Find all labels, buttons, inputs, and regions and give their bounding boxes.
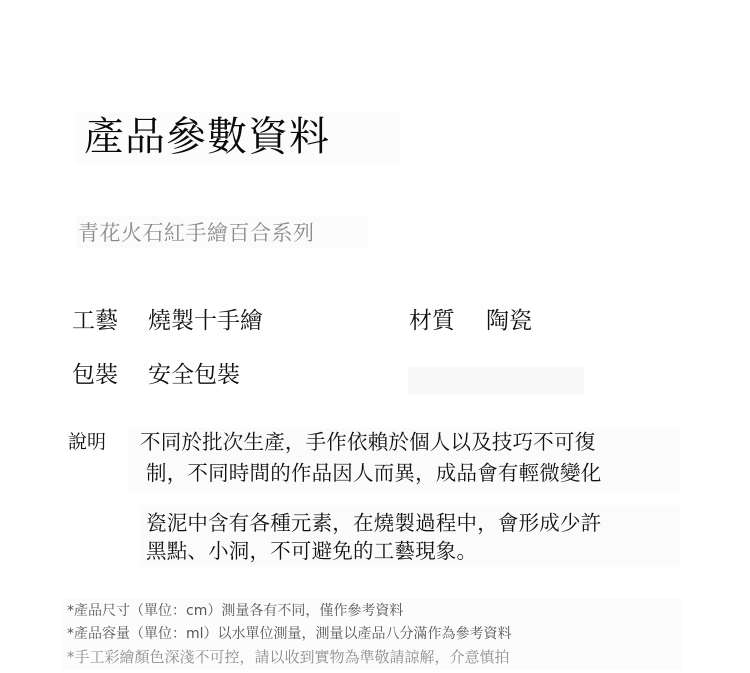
blank-background-patch: [408, 367, 584, 395]
craft-value: 燒製十手繪: [148, 306, 263, 336]
description-line: 不同於批次生產，手作依賴於個人以及技巧不可復: [140, 428, 595, 456]
material-label: 材質: [409, 306, 455, 336]
footnote-color-variance: *手工彩繪顏色深淺不可控，請以收到實物為準敬請諒解，介意慎拍: [67, 647, 510, 667]
footnote-capacity: *產品容量（單位：ml）以水單位測量，測量以產品八分滿作為參考資料: [67, 624, 512, 644]
description-line: 制，不同時間的作品因人而異，成品會有輕微變化: [146, 459, 601, 487]
page-title: 產品參數資料: [84, 112, 330, 162]
description-label: 說明: [68, 428, 106, 456]
material-value: 陶瓷: [486, 306, 532, 336]
packaging-label: 包裝: [72, 360, 118, 390]
footnote-size: *產品尺寸（單位：cm）測量各有不同，僅作參考資料: [67, 601, 403, 621]
description-line: 黑點、小洞，不可避免的工藝現象。: [146, 537, 477, 565]
description-line: 瓷泥中含有各種元素，在燒製過程中，會形成少許: [146, 509, 601, 537]
packaging-value: 安全包裝: [148, 360, 240, 390]
product-series-subtitle: 青花火石紅手繪百合系列: [78, 219, 315, 247]
craft-label: 工藝: [72, 306, 118, 336]
